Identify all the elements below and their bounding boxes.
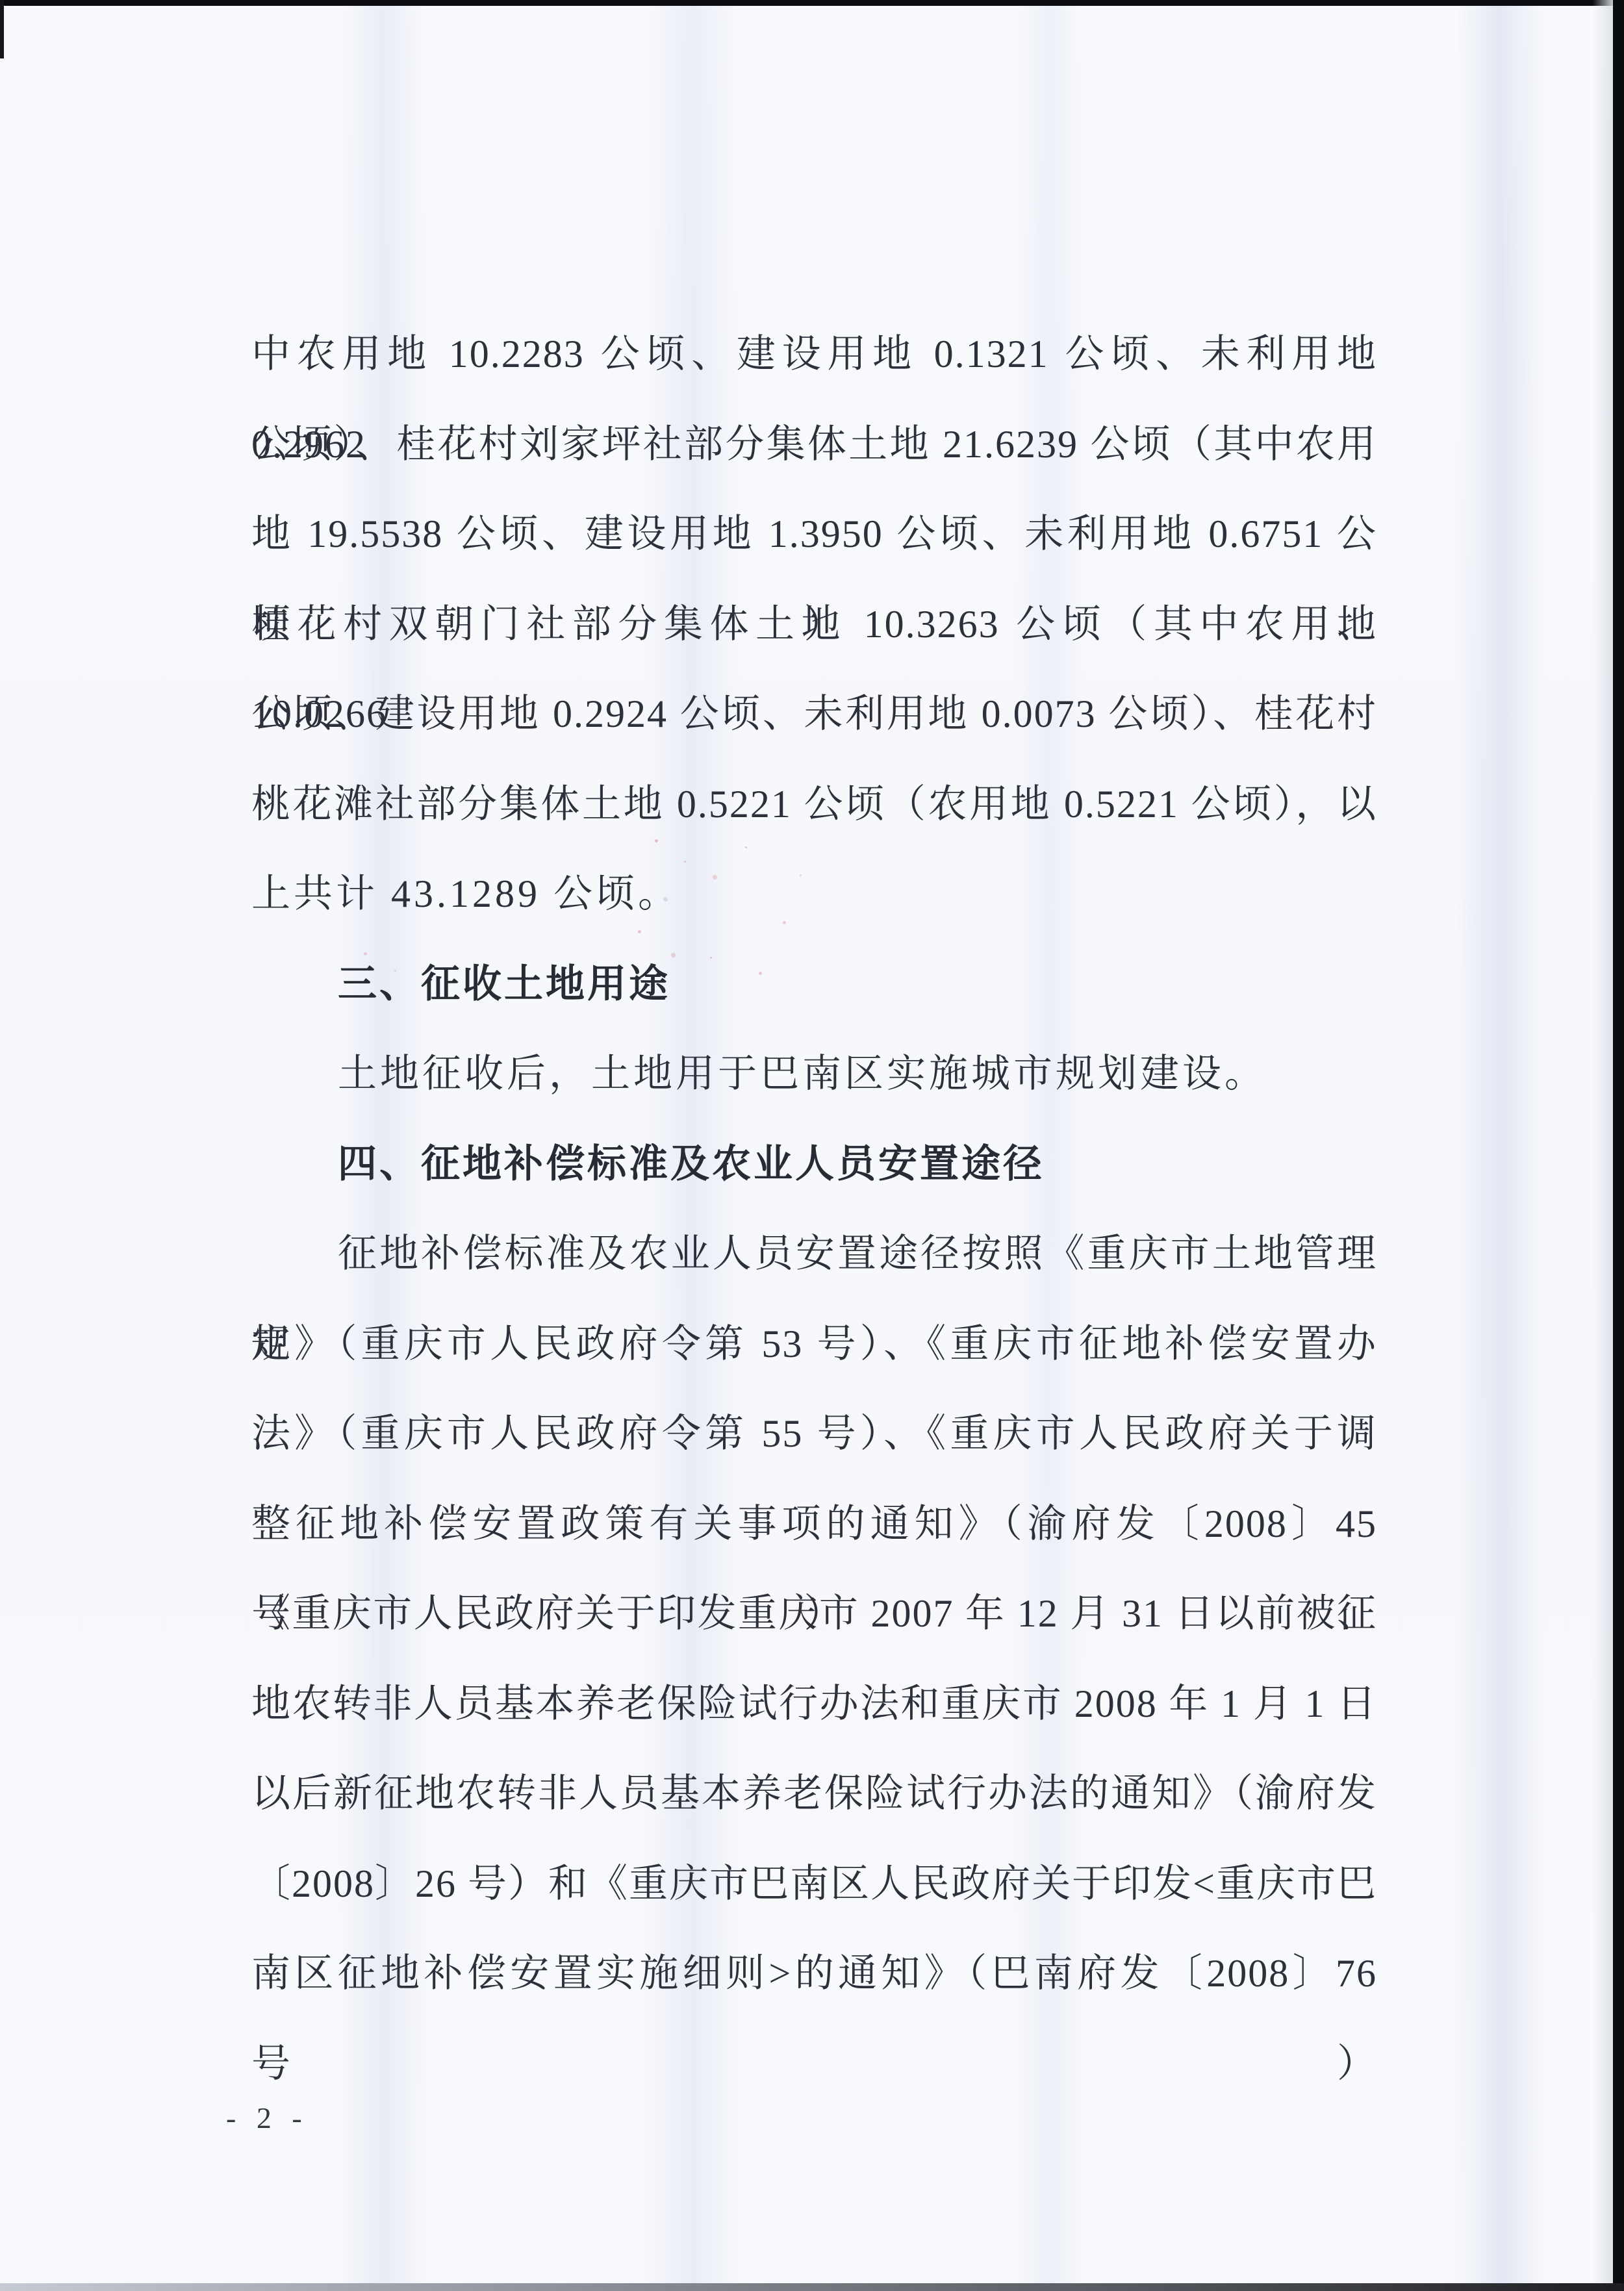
scan-artifact-bottom-edge (0, 2283, 1624, 2291)
body-line: 桃花滩社部分集体土地 0.5221 公顷（农用地 0.5221 公顷），以 (251, 759, 1377, 850)
body-line: 〔2008〕26 号）和《重庆市巴南区人民政府关于印发<重庆市巴 (251, 1839, 1377, 1929)
body-line: 公顷）、桂花村刘家坪社部分集体土地 21.6239 公顷（其中农用 (251, 399, 1377, 490)
body-line: 上共计 43.1289 公顷。 (251, 849, 1377, 939)
page-number: - 2 - (226, 2101, 309, 2135)
scan-artifact-right-shadow (1593, 0, 1613, 2291)
document-body: 中农用地 10.2283 公顷、建设用地 0.1321 公顷、未利用地 0.29… (251, 309, 1377, 2019)
body-line: 整征地补偿安置政策有关事项的通知》（渝府发〔2008〕45 号）、 (251, 1479, 1377, 1569)
scan-artifact-right-edge (1613, 0, 1624, 2291)
section-heading-3: 三、征收土地用途 (251, 939, 1377, 1030)
body-line: 南区征地补偿安置实施细则>的通知》（巴南府发〔2008〕76 号） (251, 1929, 1377, 2019)
scan-artifact-left-edge (0, 0, 4, 58)
body-line: 地农转非人员基本养老保险试行办法和重庆市 2008 年 1 月 1 日 (251, 1659, 1377, 1749)
body-line: 法》（重庆市人民政府令第 55 号）、《重庆市人民政府关于调 (251, 1389, 1377, 1479)
scanned-document-page: 中农用地 10.2283 公顷、建设用地 0.1321 公顷、未利用地 0.29… (0, 0, 1624, 2291)
body-line: 公顷、建设用地 0.2924 公顷、未利用地 0.0073 公顷）、桂花村 (251, 669, 1377, 759)
body-line: 以后新征地农转非人员基本养老保险试行办法的通知》（渝府发 (251, 1749, 1377, 1839)
scan-artifact-top-edge (0, 0, 1624, 6)
body-line: 中农用地 10.2283 公顷、建设用地 0.1321 公顷、未利用地 0.29… (251, 309, 1377, 399)
section-heading-4: 四、征地补偿标准及农业人员安置途径 (251, 1119, 1377, 1209)
body-line: 定》（重庆市人民政府令第 53 号）、《重庆市征地补偿安置办 (251, 1299, 1377, 1389)
body-line: 征地补偿标准及农业人员安置途径按照《重庆市土地管理规 (251, 1209, 1377, 1299)
body-line: 土地征收后，土地用于巴南区实施城市规划建设。 (251, 1029, 1377, 1119)
body-line: 桂花村双朝门社部分集体土地 10.3263 公顷（其中农用地 10.0266 (251, 579, 1377, 670)
body-line: 《重庆市人民政府关于印发重庆市 2007 年 12 月 31 日以前被征 (251, 1569, 1377, 1659)
scan-streak (1455, 0, 1546, 2291)
body-line: 地 19.5538 公顷、建设用地 1.3950 公顷、未利用地 0.6751 … (251, 489, 1377, 579)
